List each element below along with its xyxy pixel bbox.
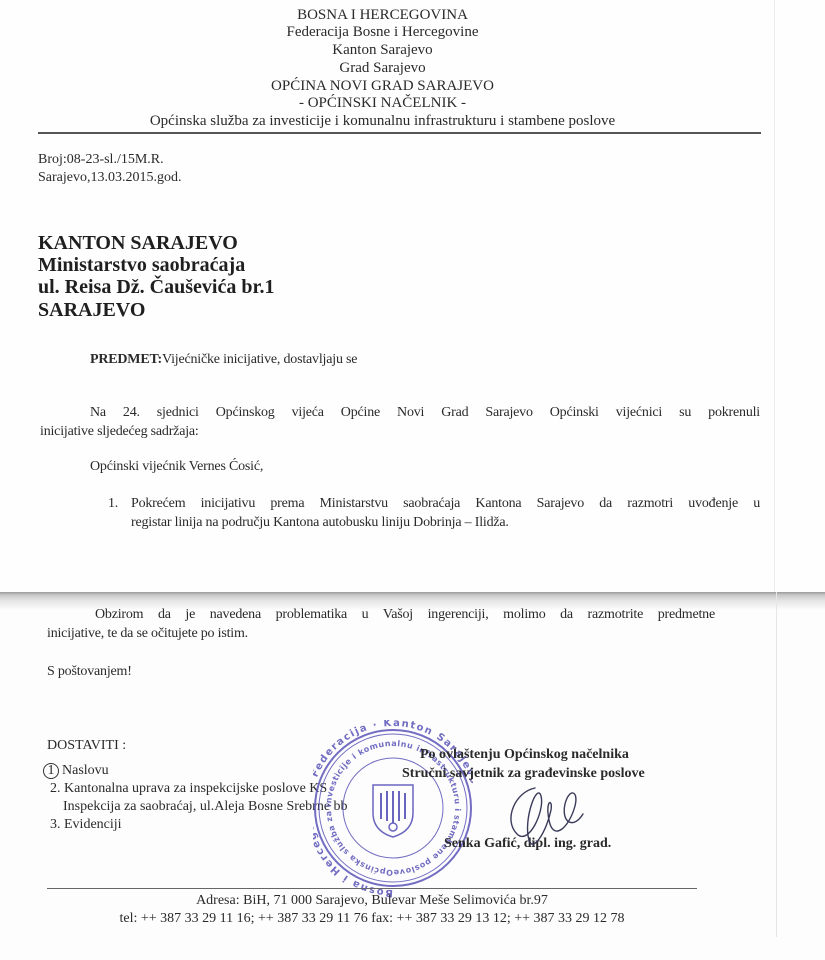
distribution-item-number: 2.	[50, 781, 61, 796]
distribution-item-number: 1	[43, 763, 59, 779]
body-intro-line2: inicijative sljedećeg sadržaja:	[40, 424, 199, 440]
document-page-1: BOSNA I HERCEGOVINA Federacija Bosne i H…	[0, 0, 825, 592]
councillor-name: Općinski vijećnik Vernes Ćosić,	[90, 459, 263, 475]
salutation: S poštovanjem!	[47, 664, 132, 680]
distribution-item-number: 3.	[50, 817, 61, 832]
subject-label: PREDMET:	[90, 352, 162, 367]
distribution-item: 2. Kantonalna uprava za inspekcijske pos…	[50, 781, 327, 797]
addressee-line: Ministarstvo saobraćaja	[38, 254, 245, 277]
letterhead-federation: Federacija Bosne i Hercegovine	[115, 24, 650, 42]
body-intro-line1: Na 24. sjednici Općinskog vijeća Općine …	[90, 405, 760, 421]
closing-line1: Obzirom da je navedena problematika u Va…	[95, 607, 715, 623]
reference-number: Broj:08-23-sl./15M.R.	[38, 152, 164, 168]
distribution-item-text: Naslovu	[62, 763, 109, 778]
letterhead-department: Općinska služba za investicije i komunal…	[115, 113, 650, 131]
handwritten-signature	[495, 770, 590, 860]
page-edge	[776, 592, 777, 937]
letterhead-mayor: - OPĆINSKI NAČELNIK -	[115, 95, 650, 113]
letterhead-canton: Kanton Sarajevo	[115, 42, 650, 60]
initiative-line2: registar linija na području Kantona auto…	[131, 515, 509, 531]
reference-date: Sarajevo,13.03.2015.god.	[38, 170, 181, 186]
letterhead-rule	[38, 132, 761, 134]
page-edge	[774, 0, 775, 592]
distribution-item: 1Naslovu	[47, 763, 109, 779]
addressee-line: ul. Reisa Dž. Čauševića br.1	[38, 276, 274, 299]
addressee-line: KANTON SARAJEVO	[38, 232, 238, 255]
signature-authority: Po ovlaštenju Općinskog načelnika	[420, 747, 629, 763]
subject-line: PREDMET:Vijećničke inicijative, dostavlj…	[90, 352, 357, 368]
initiative-number: 1.	[108, 496, 118, 512]
addressee-line: SARAJEVO	[38, 299, 145, 322]
distribution-item-text: Evidenciji	[64, 817, 122, 832]
letterhead-country: BOSNA I HERCEGOVINA	[115, 7, 650, 25]
coat-of-arms-icon	[373, 785, 413, 837]
footer-contacts: tel: ++ 387 33 29 11 16; ++ 387 33 29 11…	[47, 911, 697, 927]
closing-line2: inicijative, te da se očitujete po istim…	[47, 626, 248, 642]
initiative-line1: Pokrećem inicijativu prema Ministarstvu …	[131, 496, 760, 512]
letterhead-municipality: OPĆINA NOVI GRAD SARAJEVO	[115, 78, 650, 96]
footer-rule	[47, 888, 697, 889]
footer-address: Adresa: BiH, 71 000 Sarajevo, Bulevar Me…	[47, 893, 697, 909]
distribution-title: DOSTAVITI :	[47, 738, 126, 754]
distribution-item-text: Kantonalna uprava za inspekcijske poslov…	[64, 781, 327, 796]
letterhead-city: Grad Sarajevo	[115, 60, 650, 78]
distribution-item-subline: Inspekcija za saobraćaj, ul.Aleja Bosne …	[63, 799, 348, 815]
distribution-item: 3. Evidenciji	[50, 817, 122, 833]
subject-text: Vijećničke inicijative, dostavljaju se	[162, 352, 357, 367]
